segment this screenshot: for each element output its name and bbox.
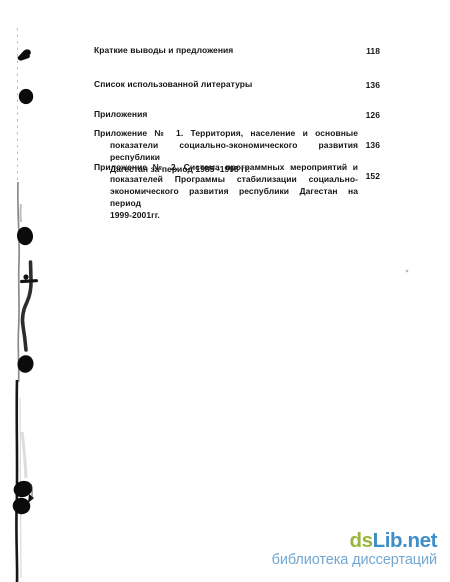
toc-entry-bibliography: Список использованной литературы 136 <box>94 78 384 90</box>
toc-entry-title: Приложения <box>94 108 358 120</box>
dslib-logo-suffix: Lib.net <box>373 529 437 552</box>
toc-entry-title: Краткие выводы и предложения <box>94 44 358 56</box>
toc-page-number: 136 <box>366 139 380 151</box>
toc-line: 1999-2001гг. <box>110 209 358 221</box>
toc-page-number: 126 <box>366 109 380 121</box>
toc-page-number: 152 <box>366 170 380 182</box>
toc-line: показателей Программы стабилизации социа… <box>110 173 358 185</box>
dslib-watermark: dsLib.net библиотека диссертаций <box>272 529 437 568</box>
dslib-logo-prefix: ds <box>349 529 372 552</box>
toc-line: экономического развития республики Дагес… <box>110 185 358 209</box>
toc-entry-title: Список использованной литературы <box>94 78 358 90</box>
toc-line: Приложение № 1. Территория, население и … <box>94 127 358 139</box>
toc-page-number: 136 <box>366 79 380 91</box>
scanned-document-page: Краткие выводы и предложения 118 Список … <box>0 0 450 582</box>
toc-line: Приложение № 2. Система программных меро… <box>94 161 358 173</box>
toc-page-number: 118 <box>366 45 380 57</box>
dslib-tagline: библиотека диссертаций <box>272 552 437 568</box>
toc-entry-title: Приложение № 2. Система программных меро… <box>94 161 358 221</box>
toc-entry-appendix-2: Приложение № 2. Система программных меро… <box>94 161 384 221</box>
toc-entry-appendices: Приложения 126 <box>94 108 384 120</box>
toc-entry-conclusions: Краткие выводы и предложения 118 <box>94 44 384 56</box>
toc-line: показатели социально-экономического разв… <box>110 139 358 163</box>
dslib-logo: dsLib.net <box>272 529 437 552</box>
